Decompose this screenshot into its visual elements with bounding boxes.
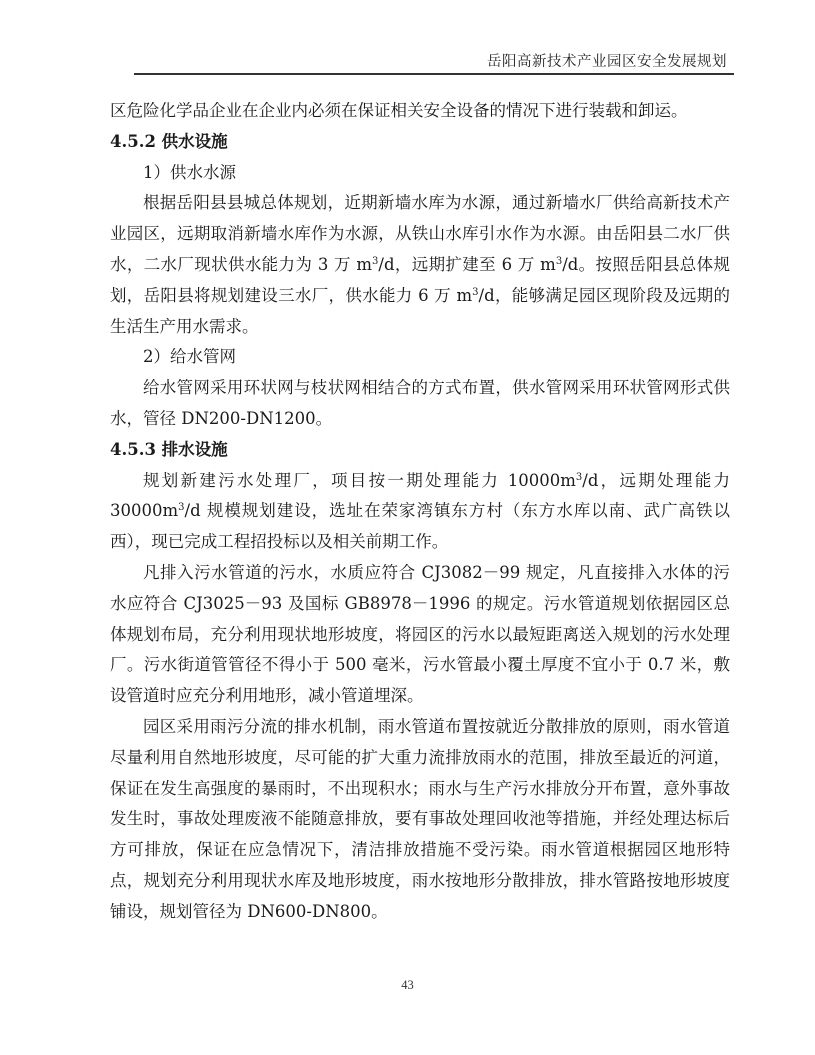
subheading-water-network: 2）给水管网 xyxy=(110,342,730,373)
section-heading-4-5-2: 4.5.2 供水设施 xyxy=(110,127,730,158)
paragraph-water-network: 给水管网采用环状网与枝状网相结合的方式布置，供水管网采用环状管网形式供水，管径 … xyxy=(110,373,730,435)
page-body: 区危险化学品企业在企业内必须在保证相关安全设备的情况下进行装载和卸运。 4.5.… xyxy=(110,96,730,928)
page-number: 43 xyxy=(0,978,815,993)
paragraph-rainwater: 园区采用雨污分流的排水机制，雨水管道布置按就近分散排放的原则，雨水管道尽量利用自… xyxy=(110,712,730,928)
header-title: 岳阳高新技术产业园区安全发展规划 xyxy=(487,50,727,71)
paragraph-sewage-standards: 凡排入污水管道的污水，水质应符合 CJ3082－99 规定，凡直接排入水体的污水… xyxy=(110,558,730,712)
paragraph-sewage-plant: 规划新建污水处理厂，项目按一期处理能力 10000m3/d，远期处理能力 300… xyxy=(110,466,730,558)
header-divider xyxy=(134,73,734,75)
section-heading-4-5-3: 4.5.3 排水设施 xyxy=(110,435,730,466)
subheading-water-source: 1）供水水源 xyxy=(110,158,730,189)
paragraph-water-source: 根据岳阳县县城总体规划，近期新墙水库为水源，通过新墙水厂供给高新技术产业园区，远… xyxy=(110,188,730,342)
paragraph-continuation: 区危险化学品企业在企业内必须在保证相关安全设备的情况下进行装载和卸运。 xyxy=(110,96,730,127)
